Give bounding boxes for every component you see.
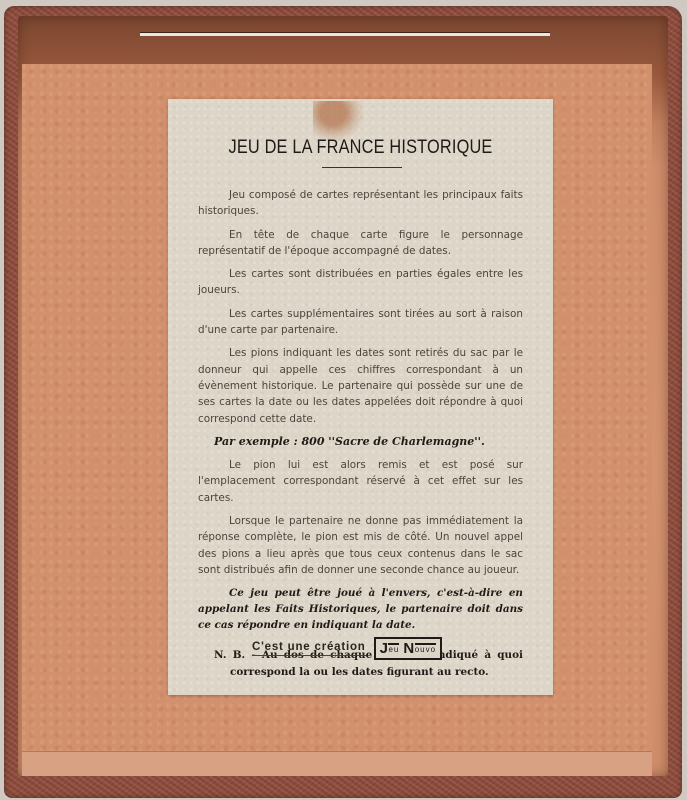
logo-text-eu: eu <box>388 643 399 654</box>
box-bottom-lip <box>22 751 652 776</box>
paragraph: Jeu composé de cartes représentant les p… <box>198 187 523 220</box>
box-tear <box>140 32 550 36</box>
paragraph: En tête de chaque carte figure le person… <box>198 227 523 260</box>
sheet-title: JEU DE LA FRANCE HISTORIQUE <box>195 137 526 159</box>
reverse-play-note: Ce jeu peut être joué à l'envers, c'est-… <box>198 585 523 633</box>
paragraph: Les cartes sont distribuées en parties é… <box>198 266 523 299</box>
credit-line: C'est une création J eu N ouvo <box>252 637 442 660</box>
paragraph: Le pion lui est alors remis et est posé … <box>198 457 523 506</box>
paragraph: Les cartes supplémentaires sont tirées a… <box>198 306 523 339</box>
paragraph: Lorsque le partenaire ne donne pas imméd… <box>198 513 523 578</box>
title-divider <box>322 167 402 168</box>
credit-text: C'est une création <box>252 641 366 656</box>
logo-initial-n: N <box>403 640 414 657</box>
jeu-nouvo-logo: J eu N ouvo <box>374 637 442 660</box>
logo-initial-j: J <box>380 640 389 657</box>
logo-text-ouvo: ouvo <box>415 643 436 654</box>
example-line: Par exemple : 800 ''Sacre de Charlemagne… <box>198 434 523 450</box>
paragraph: Les pions indiquant les dates sont retir… <box>198 345 523 426</box>
instructions-body: Jeu composé de cartes représentant les p… <box>198 187 523 687</box>
instruction-sheet: JEU DE LA FRANCE HISTORIQUE Jeu composé … <box>168 99 553 695</box>
stain-mark <box>313 101 363 141</box>
